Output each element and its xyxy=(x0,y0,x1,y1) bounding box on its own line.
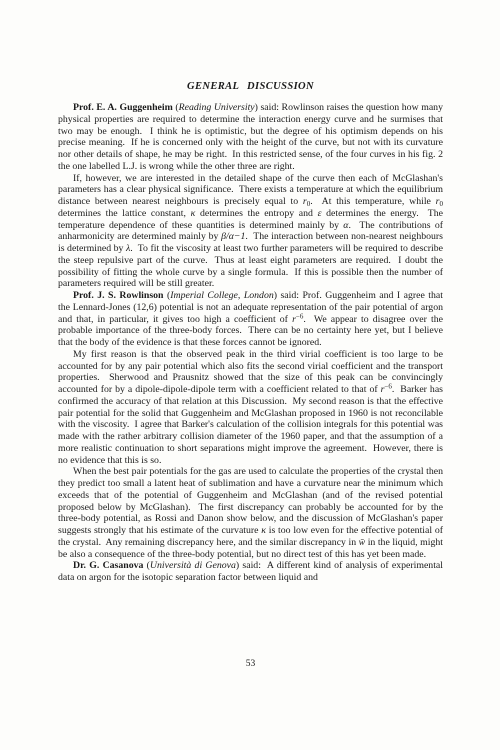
paragraph: If, however, we are interested in the de… xyxy=(58,173,443,291)
text-run: . At this temperature, while xyxy=(310,196,435,207)
paragraph: Dr. G. Casanova (Università di Genova) s… xyxy=(58,560,443,584)
page-number: 53 xyxy=(58,659,443,669)
page-title: GENERAL DISCUSSION xyxy=(58,81,443,92)
text-run: . Barker has confirmed the accuracy of t… xyxy=(58,384,443,466)
text-run: Reading University xyxy=(179,102,255,113)
text-run: determines the entropy and xyxy=(195,208,317,219)
text-run: β/α−1 xyxy=(221,231,245,242)
text-run: −6 xyxy=(384,383,391,391)
journal-page: GENERAL DISCUSSION Prof. E. A. Guggenhei… xyxy=(0,0,500,750)
text-run: Imperial College, London xyxy=(170,290,274,301)
paragraph: My first reason is that the observed pea… xyxy=(58,349,443,467)
text-run: Dr. G. Casanova xyxy=(73,560,147,571)
paragraph: Prof. E. A. Guggenheim (Reading Universi… xyxy=(58,102,443,173)
text-run: Prof. J. S. Rowlinson xyxy=(73,290,167,301)
document-body: Prof. E. A. Guggenheim (Reading Universi… xyxy=(58,102,443,584)
text-run: determines the lattice constant, xyxy=(58,208,191,219)
text-run: Università di Genova xyxy=(150,560,236,571)
paragraph: When the best pair potentials for the ga… xyxy=(58,466,443,560)
text-run: Prof. E. A. Guggenheim xyxy=(73,102,175,113)
paragraph: Prof. J. S. Rowlinson (Imperial College,… xyxy=(58,290,443,349)
